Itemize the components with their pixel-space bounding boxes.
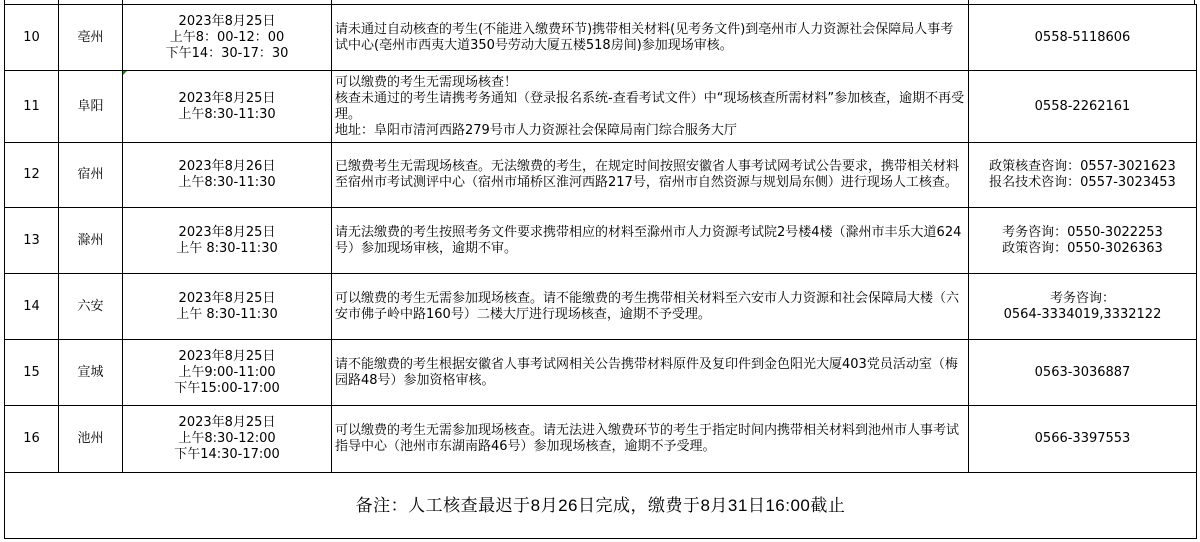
phone-cell[interactable]: 考务咨询：0550-3022253政策咨询：0550-3026363 [969, 208, 1197, 274]
cell-text: 亳州 [59, 30, 122, 46]
cell-text: 可以缴费的考生无需现场核查！ [335, 75, 966, 91]
cell-text: 2023年8月25日 [123, 349, 331, 365]
time-cell[interactable]: 2023年8月25日上午 8:30-11:30 [123, 274, 332, 340]
city-cell[interactable]: 宿州 [59, 143, 123, 208]
cell-text: 池州 [59, 431, 122, 447]
time-cell[interactable]: 2023年8月25日上午9:00-11:00下午15:00-17:00 [123, 340, 332, 406]
cell-text: 阜阳 [59, 99, 122, 115]
cell-text: 可以缴费的考生无需参加现场核查。请无法进入缴费环节的考生于指定时间内携带相关材料… [335, 423, 966, 455]
description-cell[interactable]: 可以缴费的考生无需现场核查！核查未通过的考生请携考务通知（登录报名系统-查看考试… [332, 71, 969, 143]
time-cell[interactable]: 2023年8月25日上午8：00-12：00下午14：30-17：30 [123, 5, 332, 71]
cell-text: 0558-5118606 [969, 30, 1196, 46]
cell-text: 16 [5, 431, 58, 447]
cell-text: 0564-3334019,3332122 [969, 307, 1196, 323]
table-row: 12 宿州 2023年8月26日上午8:30-11:30 已缴费考生无需现场核查… [5, 143, 1197, 208]
city-cell[interactable]: 池州 [59, 406, 123, 473]
cell-text: 14 [5, 299, 58, 315]
phone-cell[interactable]: 0558-2262161 [969, 71, 1197, 143]
phone-cell[interactable]: 0563-3036887 [969, 340, 1197, 406]
cell-text: 上午8:30-12:00 [123, 431, 331, 447]
spreadsheet-table-container: 10 亳州 2023年8月25日上午8：00-12：00下午14：30-17：3… [4, 4, 1196, 539]
description-cell[interactable]: 请无法缴费的考生按照考务文件要求携带相应的材料至滁州市人力资源考试院2号楼4楼（… [332, 208, 969, 274]
phone-cell[interactable]: 0566-3397553 [969, 406, 1197, 473]
note-cell[interactable]: 备注：人工核查最迟于8月26日完成，缴费于8月31日16:00截止 [5, 473, 1197, 539]
cell-text: 0558-2262161 [969, 99, 1196, 115]
cell-text: 宣城 [59, 365, 122, 381]
cell-text: 地址：阜阳市清河西路279号市人力资源社会保障局南门综合服务大厅 [335, 123, 966, 139]
time-cell[interactable]: 2023年8月25日上午8:30-12:00下午14:30-17:00 [123, 406, 332, 473]
cell-text: 10 [5, 30, 58, 46]
cell-text: 13 [5, 233, 58, 249]
cell-text: 上午 8:30-11:30 [123, 241, 331, 257]
city-cell[interactable]: 阜阳 [59, 71, 123, 143]
note-row: 备注：人工核查最迟于8月26日完成，缴费于8月31日16:00截止 [5, 473, 1197, 539]
phone-cell[interactable]: 考务咨询：0564-3334019,3332122 [969, 274, 1197, 340]
table-row: 16 池州 2023年8月25日上午8:30-12:00下午14:30-17:0… [5, 406, 1197, 473]
cell-text: 滁州 [59, 233, 122, 249]
row-number-cell[interactable]: 13 [5, 208, 59, 274]
time-cell[interactable]: 2023年8月25日上午8:30-11:30 [123, 71, 332, 143]
cell-text: 11 [5, 99, 58, 115]
cell-text: 政策核查咨询：0557-3021623 [969, 159, 1196, 175]
cell-text: 上午9:00-11:00 [123, 365, 331, 381]
cell-text: 已缴费考生无需现场核查。无法缴费的考生，在规定时间按照安徽省人事考试网考试公告要… [335, 159, 966, 191]
table-row: 15 宣城 2023年8月25日上午9:00-11:00下午15:00-17:0… [5, 340, 1197, 406]
cell-text: 2023年8月26日 [123, 159, 331, 175]
cell-text: 15 [5, 365, 58, 381]
phone-cell[interactable]: 0558-5118606 [969, 5, 1197, 71]
cell-text: 六安 [59, 299, 122, 315]
table-row: 11 阜阳 2023年8月25日上午8:30-11:30 可以缴费的考生无需现场… [5, 71, 1197, 143]
city-cell[interactable]: 宣城 [59, 340, 123, 406]
description-cell[interactable]: 已缴费考生无需现场核查。无法缴费的考生，在规定时间按照安徽省人事考试网考试公告要… [332, 143, 969, 208]
table-row: 10 亳州 2023年8月25日上午8：00-12：00下午14：30-17：3… [5, 5, 1197, 71]
row-number-cell[interactable]: 15 [5, 340, 59, 406]
cell-text: 核查未通过的考生请携考务通知（登录报名系统-查看考试文件）中“现场核查所需材料”… [335, 91, 966, 123]
cell-text: 0563-3036887 [969, 365, 1196, 381]
row-number-cell[interactable]: 14 [5, 274, 59, 340]
description-cell[interactable]: 可以缴费的考生无需参加现场核查。请不能缴费的考生携带相关材料至六安市人力资源和社… [332, 274, 969, 340]
cell-text: 政策咨询：0550-3026363 [969, 241, 1196, 257]
cell-text: 报名技术咨询：0557-3023453 [969, 175, 1196, 191]
time-cell[interactable]: 2023年8月25日上午 8:30-11:30 [123, 208, 332, 274]
cell-text: 12 [5, 167, 58, 183]
cell-text: 2023年8月25日 [123, 225, 331, 241]
cell-text: 下午14：30-17：30 [123, 46, 331, 62]
row-number-cell[interactable]: 12 [5, 143, 59, 208]
cell-comment-marker-icon [123, 71, 127, 75]
cell-text: 下午14:30-17:00 [123, 447, 331, 463]
cell-text: 考务咨询： [969, 291, 1196, 307]
cell-text: 请未通过自动核查的考生(不能进入缴费环节)携带相关材料(见考务文件)到亳州市人力… [335, 22, 966, 54]
cell-text: 2023年8月25日 [123, 14, 331, 30]
row-number-cell[interactable]: 10 [5, 5, 59, 71]
cell-text: 2023年8月25日 [123, 415, 331, 431]
cell-text: 请无法缴费的考生按照考务文件要求携带相应的材料至滁州市人力资源考试院2号楼4楼（… [335, 225, 966, 257]
cell-text: 可以缴费的考生无需参加现场核查。请不能缴费的考生携带相关材料至六安市人力资源和社… [335, 291, 966, 323]
table-row: 14 六安 2023年8月25日上午 8:30-11:30 可以缴费的考生无需参… [5, 274, 1197, 340]
city-cell[interactable]: 滁州 [59, 208, 123, 274]
description-cell[interactable]: 可以缴费的考生无需参加现场核查。请无法进入缴费环节的考生于指定时间内携带相关材料… [332, 406, 969, 473]
cell-text: 下午15:00-17:00 [123, 381, 331, 397]
cell-text: 0566-3397553 [969, 431, 1196, 447]
time-cell[interactable]: 2023年8月26日上午8:30-11:30 [123, 143, 332, 208]
cell-text: 上午8：00-12：00 [123, 30, 331, 46]
verification-schedule-table: 10 亳州 2023年8月25日上午8：00-12：00下午14：30-17：3… [4, 4, 1197, 539]
table-row: 13 滁州 2023年8月25日上午 8:30-11:30 请无法缴费的考生按照… [5, 208, 1197, 274]
cell-text: 2023年8月25日 [123, 91, 331, 107]
cell-text: 2023年8月25日 [123, 291, 331, 307]
cell-text: 宿州 [59, 167, 122, 183]
phone-cell[interactable]: 政策核查咨询：0557-3021623报名技术咨询：0557-3023453 [969, 143, 1197, 208]
description-cell[interactable]: 请不能缴费的考生根据安徽省人事考试网相关公告携带材料原件及复印件到金色阳光大厦4… [332, 340, 969, 406]
description-cell[interactable]: 请未通过自动核查的考生(不能进入缴费环节)携带相关材料(见考务文件)到亳州市人力… [332, 5, 969, 71]
row-number-cell[interactable]: 11 [5, 71, 59, 143]
cell-text: 考务咨询：0550-3022253 [969, 225, 1196, 241]
row-number-cell[interactable]: 16 [5, 406, 59, 473]
cell-text: 请不能缴费的考生根据安徽省人事考试网相关公告携带材料原件及复印件到金色阳光大厦4… [335, 357, 966, 389]
city-cell[interactable]: 六安 [59, 274, 123, 340]
city-cell[interactable]: 亳州 [59, 5, 123, 71]
cell-text: 上午 8:30-11:30 [123, 307, 331, 323]
cell-text: 上午8:30-11:30 [123, 175, 331, 191]
cell-text: 上午8:30-11:30 [123, 107, 331, 123]
